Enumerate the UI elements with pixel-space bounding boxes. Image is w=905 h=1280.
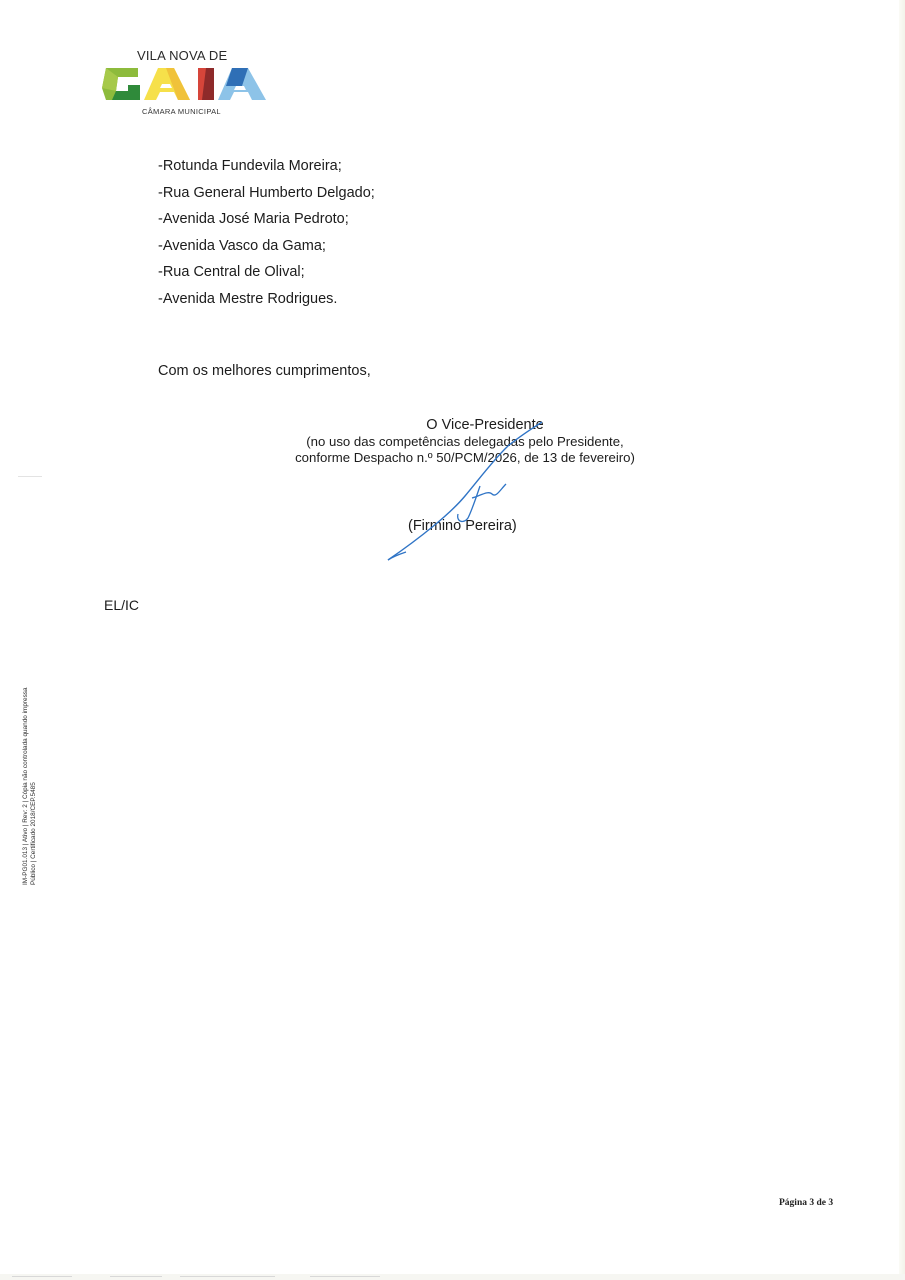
street-item: -Rua General Humberto Delgado; xyxy=(158,180,375,207)
document-control-note: IM-PG01.013 | Ativo | Rev: 2 | Cópia não… xyxy=(22,687,38,885)
gaia-wordmark-icon xyxy=(102,64,267,104)
signer-name: (Firmino Pereira) xyxy=(408,518,517,534)
signature-block: O Vice-Presidente (no uso das competênci… xyxy=(250,416,680,466)
delegation-line-2: conforme Despacho n.º 50/PCM/2026, de 13… xyxy=(250,450,680,466)
closing-salutation: Com os melhores cumprimentos, xyxy=(158,363,371,379)
street-item: -Rotunda Fundevila Moreira; xyxy=(158,153,375,180)
scan-edge-bottom xyxy=(0,1274,905,1280)
page-number: Página 3 de 3 xyxy=(779,1198,833,1208)
side-note-line-2: Público | Certificado 2018/CEP.5485 xyxy=(30,687,38,885)
scan-artifact xyxy=(18,476,42,477)
reference-initials: EL/IC xyxy=(104,597,139,613)
document-page: VILA NOVA DE CÂMARA MUNICIPAL -Rotunda F… xyxy=(0,0,905,1280)
street-item: -Avenida Mestre Rodrigues. xyxy=(158,286,375,313)
scan-edge-right xyxy=(899,0,905,1280)
street-list: -Rotunda Fundevila Moreira; -Rua General… xyxy=(158,153,375,312)
logo-bottom-text: CÂMARA MUNICIPAL xyxy=(142,107,221,116)
side-note-line-1: IM-PG01.013 | Ativo | Rev: 2 | Cópia não… xyxy=(22,687,30,885)
delegation-line-1: (no uso das competências delegadas pelo … xyxy=(250,434,680,450)
municipality-logo: VILA NOVA DE CÂMARA MUNICIPAL xyxy=(100,46,270,118)
signer-role: O Vice-Presidente xyxy=(290,416,680,434)
street-item: -Avenida José Maria Pedroto; xyxy=(158,206,375,233)
street-item: -Avenida Vasco da Gama; xyxy=(158,233,375,260)
logo-top-text: VILA NOVA DE xyxy=(137,48,227,63)
street-item: -Rua Central de Olival; xyxy=(158,259,375,286)
